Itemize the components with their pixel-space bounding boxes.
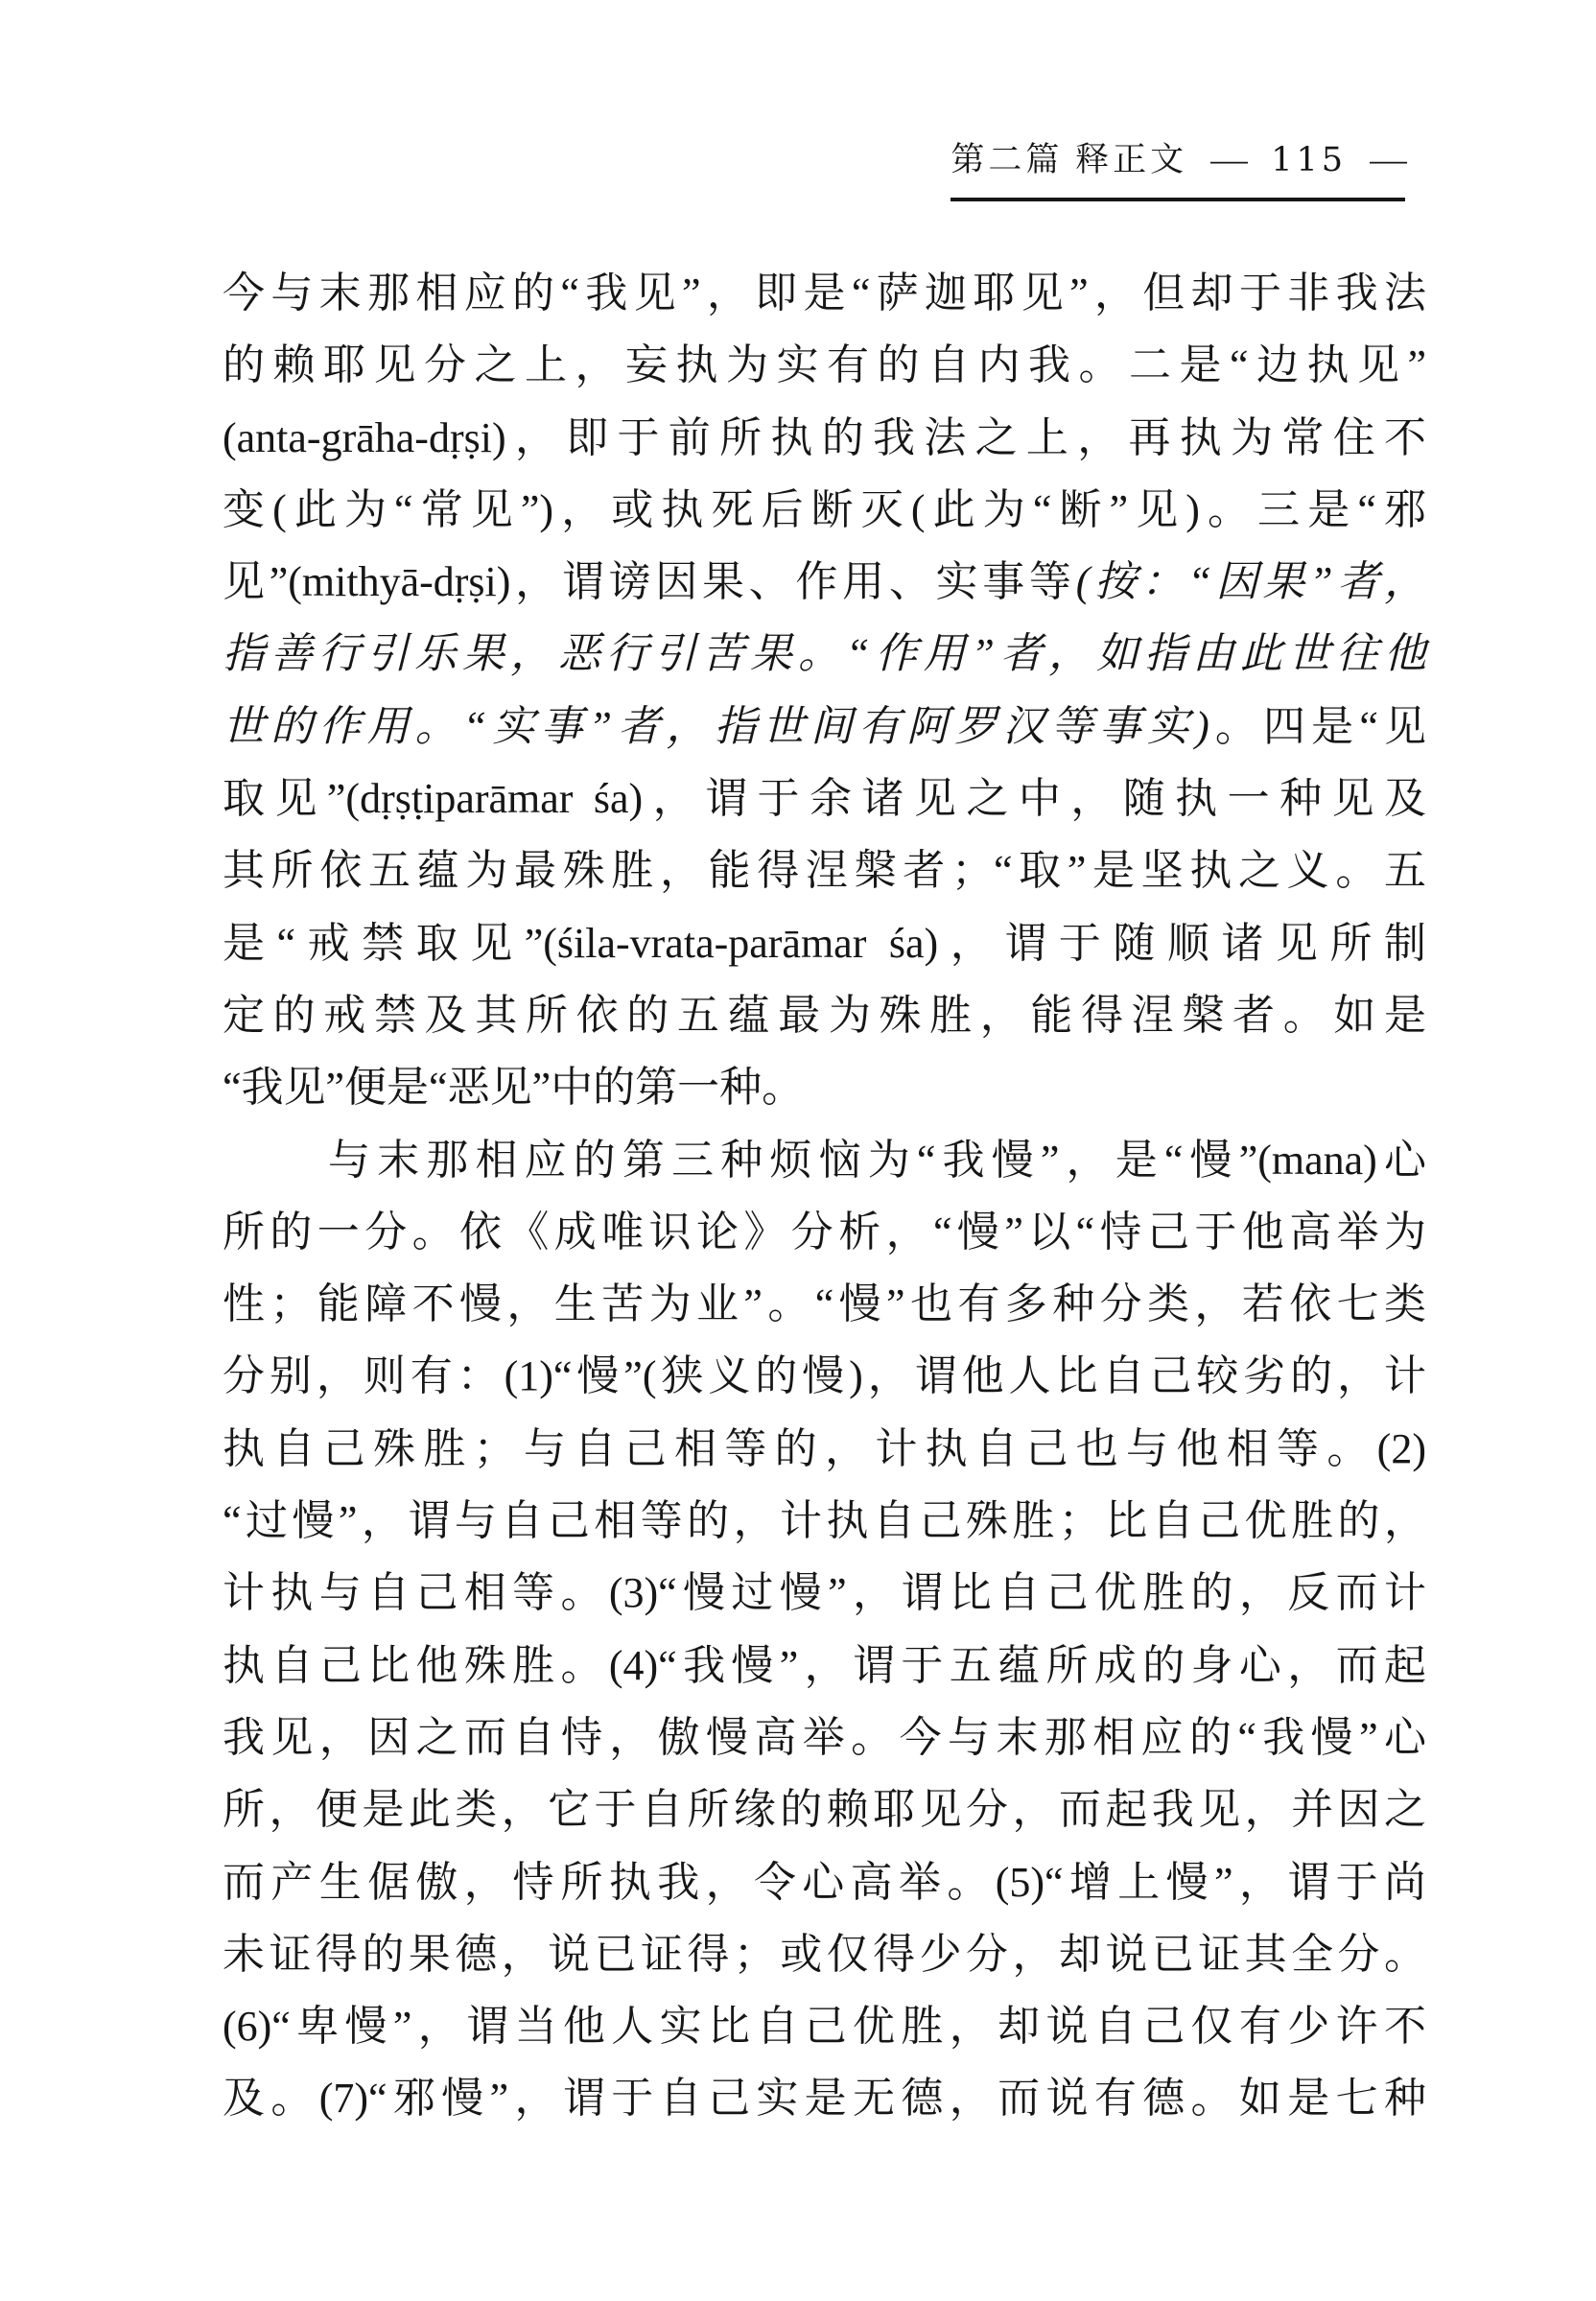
text-segment: 是“戒禁取见”(śila-vrata-parāmar śa)，谓于随顺诸见所制 — [223, 920, 1426, 967]
text-line-12: “我见”便是“恶见”中的第一种。 — [223, 1051, 1426, 1123]
text-line-15: 性；能障不慢，生苦为业”。“慢”也有多种分类，若依七类 — [223, 1268, 1426, 1340]
text-segment: 及。(7)“邪慢”，谓于自己实是无德，而说有德。如是七种 — [223, 2075, 1426, 2122]
text-segment: 其所依五蕴为最殊胜，能得涅槃者；“取”是坚执之义。五 — [223, 847, 1426, 894]
text-segment: 未证得的果德，说已证得；或仅得少分，却说已证其全分。 — [223, 1931, 1426, 1978]
text-line-21: 我见，因之而自恃，傲慢高举。今与末那相应的“我慢”心 — [223, 1702, 1426, 1773]
text-line-8: 取见”(dṛṣṭiparāmar śa)，谓于余诸见之中，随执一种见及 — [223, 763, 1426, 834]
text-line-19: 计执与自己相等。(3)“慢过慢”，谓比自己优胜的，反而计 — [223, 1557, 1426, 1629]
text-line-5: 见”(mithyā-dṛṣi)，谓谤因果、作用、实事等(按：“因果”者， — [223, 546, 1426, 618]
text-segment: 见”(mithyā-dṛṣi)，谓谤因果、作用、实事等 — [223, 558, 1076, 605]
text-line-16: 分别，则有：(1)“慢”(狭义的慢)，谓他人比自己较劣的，计 — [223, 1340, 1426, 1412]
text-segment: 我见，因之而自恃，傲慢高举。今与末那相应的“我慢”心 — [223, 1714, 1426, 1761]
text-line-25: (6)“卑慢”，谓当他人实比自己优胜，却说自己仅有少许不 — [223, 1990, 1426, 2062]
text-segment: 。四是“见 — [1209, 703, 1426, 750]
text-line-26: 及。(7)“邪慢”，谓于自己实是无德，而说有德。如是七种 — [223, 2062, 1426, 2134]
text-line-24: 未证得的果德，说已证得；或仅得少分，却说已证其全分。 — [223, 1918, 1426, 1990]
header-dash-right: — — [1370, 140, 1407, 180]
text-line-9: 其所依五蕴为最殊胜，能得涅槃者；“取”是坚执之义。五 — [223, 834, 1426, 906]
text-segment: 所的一分。依《成唯识论》分析，“慢”以“恃己于他高举为 — [223, 1209, 1426, 1256]
text-segment: 今与末那相应的“我见”，即是“萨迦耶见”，但却于非我法 — [223, 270, 1426, 317]
text-segment: 计执与自己相等。(3)“慢过慢”，谓比自己优胜的，反而计 — [223, 1569, 1426, 1616]
text-segment: 定的戒禁及其所依的五蕴最为殊胜，能得涅槃者。如是 — [223, 992, 1426, 1039]
text-segment: 执自己殊胜；与自己相等的，计执自己也与他相等。(2) — [223, 1425, 1426, 1472]
text-line-7: 世的作用。“实事”者，指世间有阿罗汉等事实)。四是“见 — [223, 691, 1426, 763]
text-segment: 执自己比他殊胜。(4)“我慢”，谓于五蕴所成的身心，而起 — [223, 1642, 1426, 1689]
text-segment: 性；能障不慢，生苦为业”。“慢”也有多种分类，若依七类 — [223, 1280, 1426, 1327]
text-line-23: 而产生倨傲，恃所执我，令心高举。(5)“增上慢”，谓于尚 — [223, 1846, 1426, 1918]
text-line-2: 的赖耶见分之上，妄执为实有的自内我。二是“边执见” — [223, 329, 1426, 401]
text-segment: “过慢”，谓与自己相等的，计执自己殊胜；比自己优胜的， — [223, 1497, 1426, 1544]
page-number: 115 — [1271, 140, 1347, 180]
page-header: 第二篇 释正文 — 115 — — [951, 140, 1405, 201]
text-segment: (6)“卑慢”，谓当他人实比自己优胜，却说自己仅有少许不 — [223, 2003, 1426, 2050]
annotation-segment: (按：“因果”者， — [1076, 558, 1426, 605]
text-segment: 的赖耶见分之上，妄执为实有的自内我。二是“边执见” — [223, 341, 1426, 388]
text-line-4: 变(此为“常见”)，或执死后断灭(此为“断”见)。三是“邪 — [223, 474, 1426, 546]
text-segment: 分别，则有：(1)“慢”(狭义的慢)，谓他人比自己较劣的，计 — [223, 1352, 1426, 1399]
text-line-22: 所，便是此类，它于自所缘的赖耶见分，而起我见，并因之 — [223, 1773, 1426, 1845]
text-line-18: “过慢”，谓与自己相等的，计执自己殊胜；比自己优胜的， — [223, 1485, 1426, 1557]
text-line-11: 定的戒禁及其所依的五蕴最为殊胜，能得涅槃者。如是 — [223, 979, 1426, 1051]
text-line-6: 指善行引乐果，恶行引苦果。“作用”者，如指由此世往他 — [223, 618, 1426, 690]
text-line-20: 执自己比他殊胜。(4)“我慢”，谓于五蕴所成的身心，而起 — [223, 1630, 1426, 1702]
text-segment: “我见”便是“恶见”中的第一种。 — [223, 1064, 804, 1111]
section-title: 第二篇 释正文 — [951, 140, 1187, 180]
text-segment: 所，便是此类，它于自所缘的赖耶见分，而起我见，并因之 — [223, 1786, 1426, 1833]
text-segment: (anta-grāha-dṛṣi)，即于前所执的我法之上，再执为常住不 — [223, 414, 1426, 461]
text-line-13: 与末那相应的第三种烦恼为“我慢”，是“慢”(mana)心 — [223, 1124, 1426, 1196]
text-line-17: 执自己殊胜；与自己相等的，计执自己也与他相等。(2) — [223, 1413, 1426, 1485]
text-line-10: 是“戒禁取见”(śila-vrata-parāmar śa)，谓于随顺诸见所制 — [223, 907, 1426, 979]
book-page: 第二篇 释正文 — 115 — 今与末那相应的“我见”，即是“萨迦耶见”，但却于… — [0, 0, 1596, 2301]
text-line-14: 所的一分。依《成唯识论》分析，“慢”以“恃己于他高举为 — [223, 1196, 1426, 1268]
text-segment: 与末那相应的第三种烦恼为“我慢”，是“慢”(mana)心 — [328, 1137, 1426, 1184]
text-line-1: 今与末那相应的“我见”，即是“萨迦耶见”，但却于非我法 — [223, 257, 1426, 329]
text-line-3: (anta-grāha-dṛṣi)，即于前所执的我法之上，再执为常住不 — [223, 402, 1426, 474]
header-dash-left: — — [1210, 140, 1248, 180]
text-segment: 而产生倨傲，恃所执我，令心高举。(5)“增上慢”，谓于尚 — [223, 1859, 1426, 1906]
annotation-segment: 指善行引乐果，恶行引苦果。“作用”者，如指由此世往他 — [223, 630, 1426, 677]
text-segment: 变(此为“常见”)，或执死后断灭(此为“断”见)。三是“邪 — [223, 486, 1426, 533]
annotation-segment: 世的作用。“实事”者，指世间有阿罗汉等事实) — [223, 703, 1209, 750]
body-text: 今与末那相应的“我见”，即是“萨迦耶见”，但却于非我法的赖耶见分之上，妄执为实有… — [223, 257, 1426, 2135]
text-segment: 取见”(dṛṣṭiparāmar śa)，谓于余诸见之中，随执一种见及 — [223, 775, 1426, 822]
